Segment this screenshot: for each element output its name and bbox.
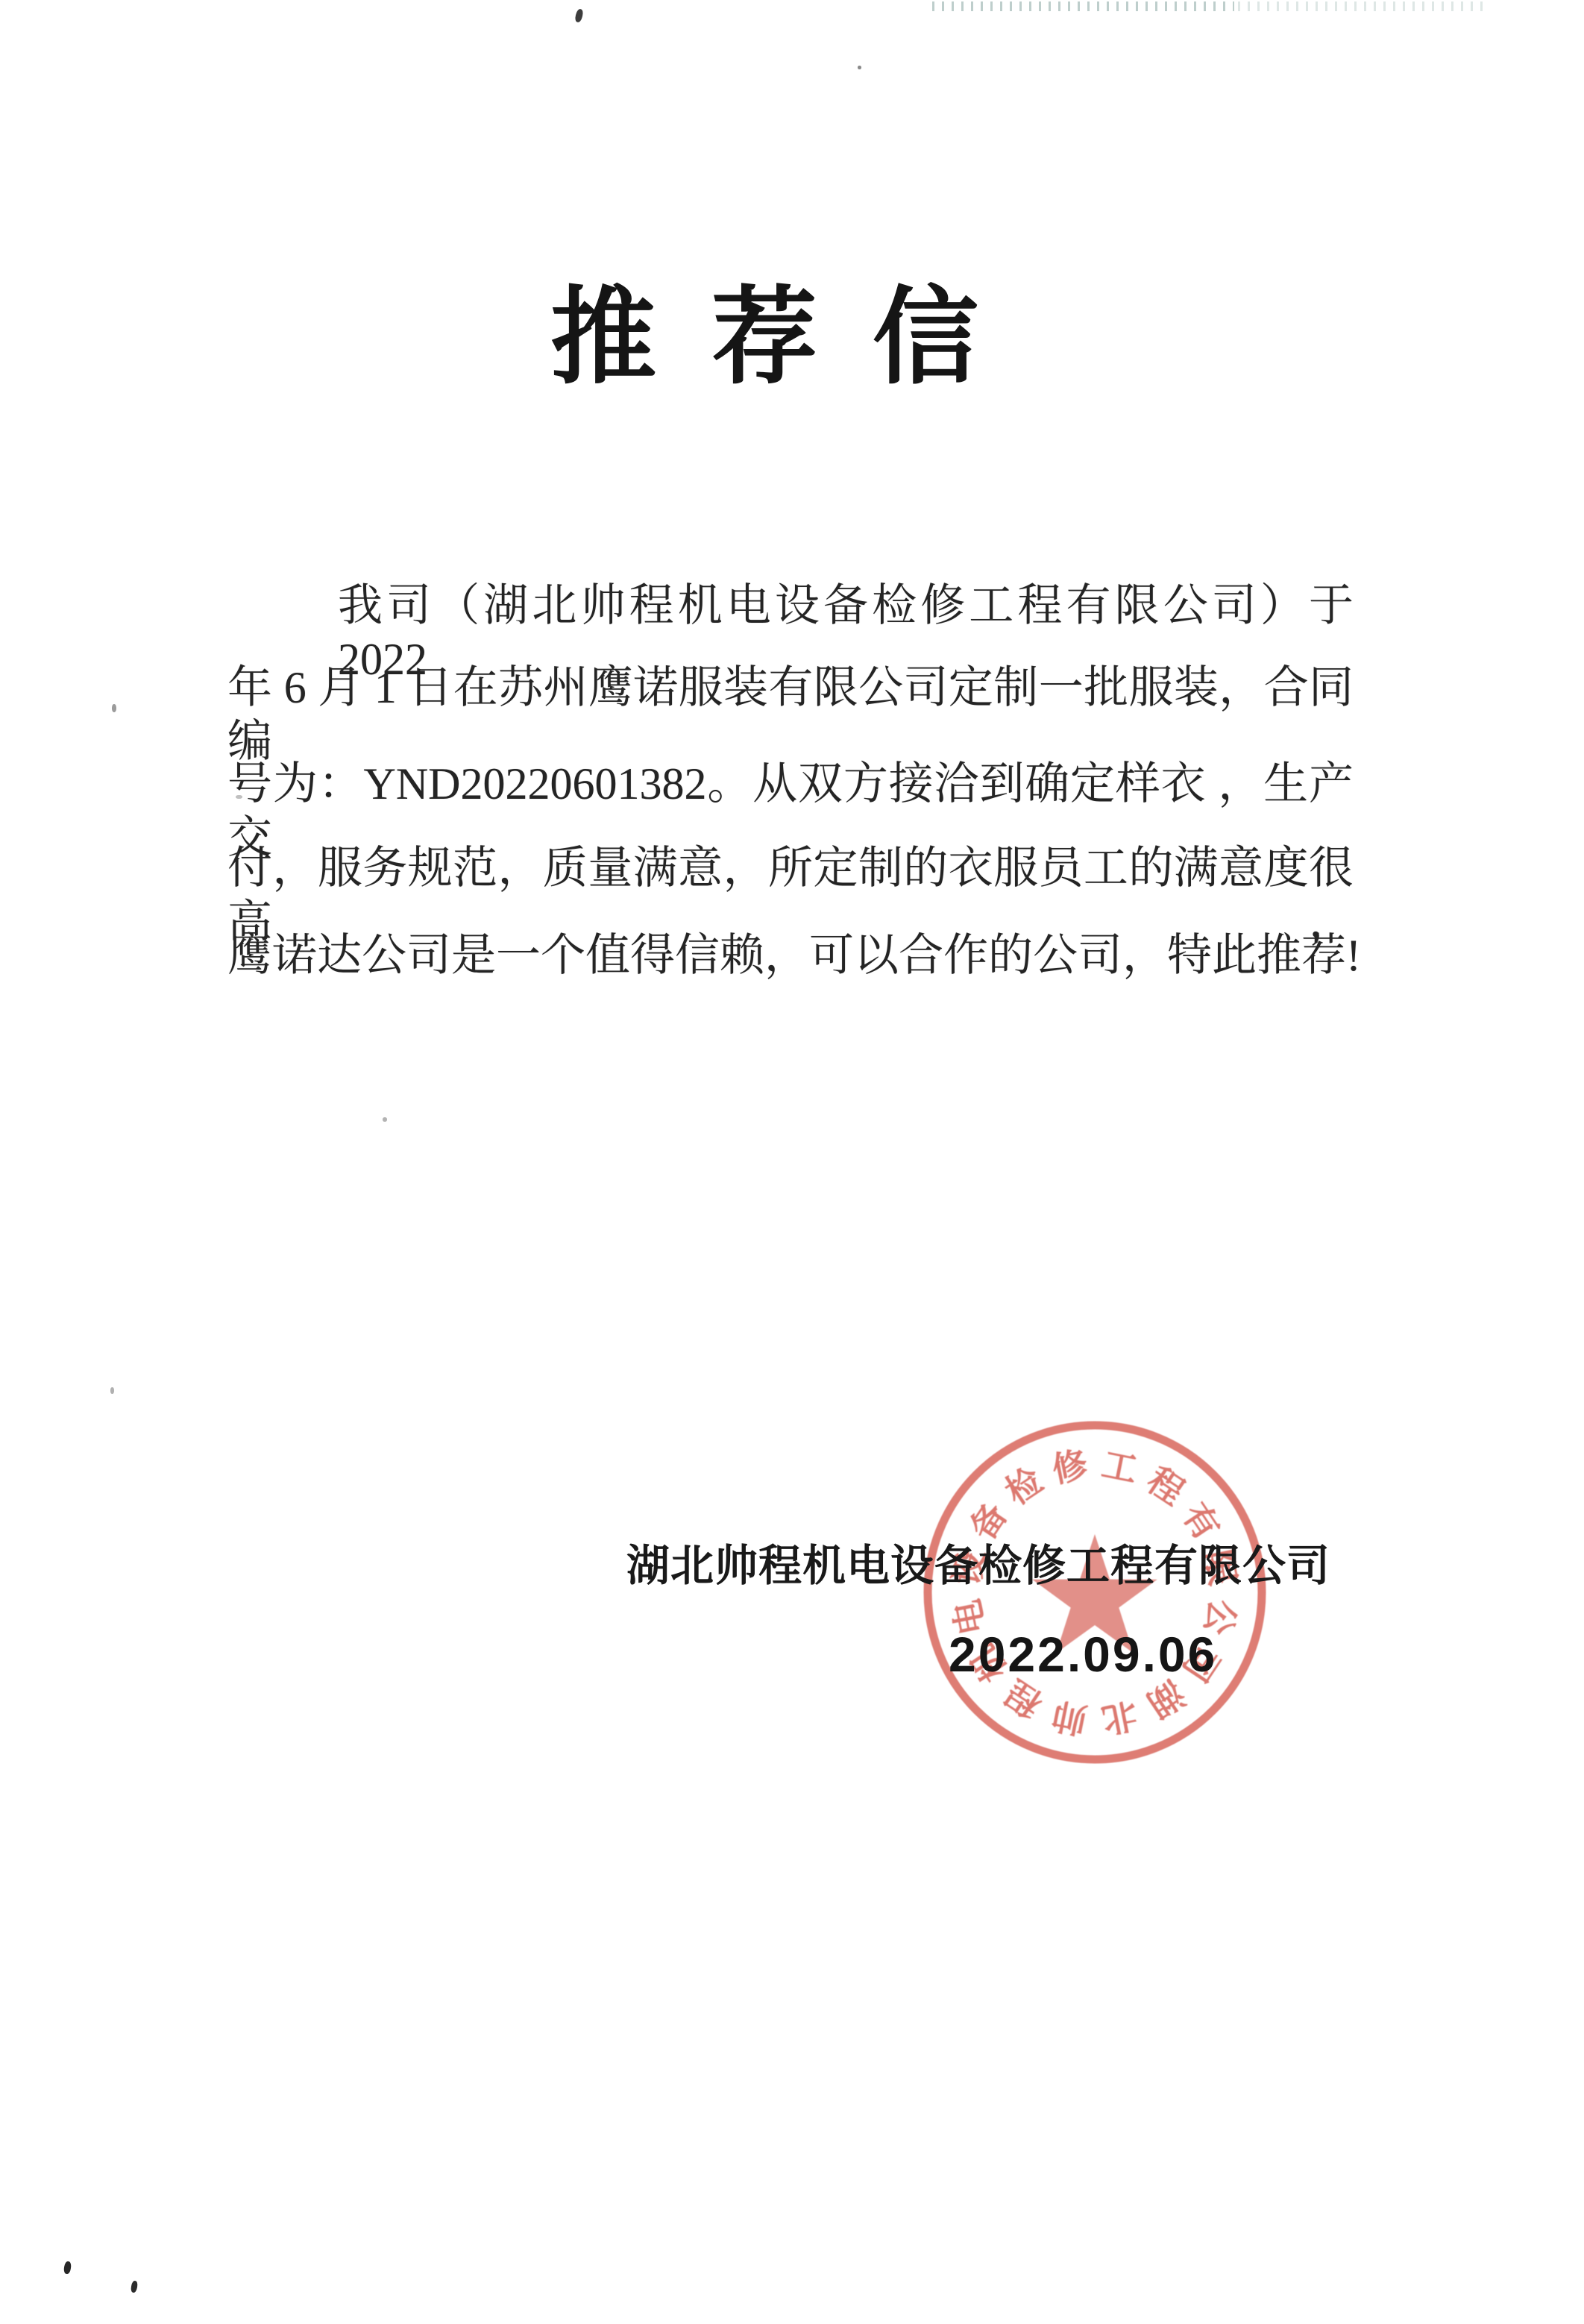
body-line: 鹰诺达公司是一个值得信赖，可以合作的公司，特此推荐! bbox=[227, 929, 1354, 982]
svg-text:修: 修 bbox=[1049, 1445, 1091, 1490]
scan-speck bbox=[383, 1117, 387, 1122]
scan-speck bbox=[574, 8, 584, 23]
scan-speck bbox=[131, 2280, 139, 2293]
scan-speck bbox=[112, 704, 116, 712]
recommendation-letter-page: 推荐信 我司（湖北帅程机电设备检修工程有限公司）于 2022 年 6 月 1 日… bbox=[0, 0, 1584, 2324]
scan-speck bbox=[63, 2261, 72, 2274]
scan-noise-band bbox=[932, 1, 1234, 11]
svg-text:帅: 帅 bbox=[1049, 1695, 1091, 1739]
scan-speck bbox=[236, 795, 242, 799]
signature-date: 2022.09.06 bbox=[949, 1626, 1217, 1683]
body-line: 年 6 月 1 日在苏州鹰诺服装有限公司定制一批服装，合同编 bbox=[227, 661, 1354, 768]
scan-speck bbox=[110, 1387, 114, 1394]
svg-text:工: 工 bbox=[1099, 1445, 1140, 1490]
svg-text:北: 北 bbox=[1099, 1695, 1140, 1739]
svg-text:检: 检 bbox=[999, 1461, 1050, 1513]
signature-company-name: 湖北帅程机电设备检修工程有限公司 bbox=[626, 1530, 1330, 1593]
svg-text:程: 程 bbox=[1140, 1461, 1190, 1513]
scan-noise-band bbox=[1238, 1, 1484, 11]
page-title: 推荐信 bbox=[0, 252, 1584, 404]
scan-speck bbox=[858, 66, 861, 69]
